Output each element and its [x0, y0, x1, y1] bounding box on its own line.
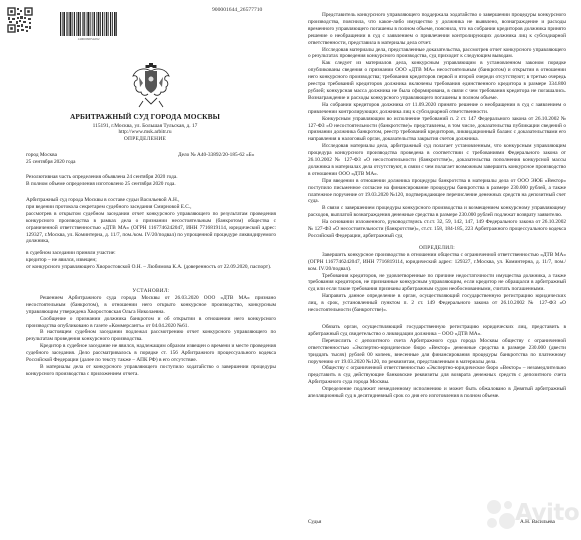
paragraph: Конкурсным управляющим во исполнение тре…: [308, 116, 566, 144]
paragraph: Исследовав материалы дела, арбитражный с…: [308, 143, 566, 178]
paragraph: Завершить конкурсное производство в отно…: [308, 252, 566, 273]
paragraph: Обязать орган, осуществляющий государств…: [308, 324, 566, 338]
paragraph: В материалы дела от конкурсного управляю…: [26, 364, 276, 378]
city: город Москва: [26, 152, 57, 159]
paragraph: В связи с завершением процедуры конкурсн…: [308, 205, 566, 219]
paragraph: В настоящем судебном заседании подлежал …: [26, 329, 276, 343]
paragraph: На основании изложенного, руководствуясь…: [308, 219, 566, 240]
watermark-text: Avito: [515, 500, 579, 526]
resolution-line: Резолютивная часть определения объявлена…: [26, 174, 266, 181]
section-heading: УСТАНОВИЛ:: [26, 288, 276, 295]
document-date: 25 сентября 2020 года: [26, 159, 76, 166]
participants: в судебном заседании приняли участие: кр…: [26, 250, 276, 271]
paragraph: Решением Арбитражного суда города Москвы…: [26, 295, 276, 316]
court-composition: Арбитражный суд города Москвы в составе …: [26, 197, 276, 245]
paragraph: кредитор – не явился, извещен;: [26, 257, 276, 264]
resolution-line: В полном объеме определения изготовлено …: [26, 181, 266, 188]
case-number: Дело № А40-33892/20-185-62 «Б»: [178, 152, 254, 159]
paragraph: При введении в отношении должника процед…: [308, 178, 566, 206]
paragraph: от конкурсного управляющего Хворостовско…: [26, 264, 276, 271]
page-left: 1400009054292 900001644_26577710 АРБИТРА…: [0, 0, 290, 540]
document-id: 900001644_26577710: [212, 7, 262, 13]
paragraph: Требования кредиторов, не удовлетворенны…: [308, 273, 566, 294]
paragraph: в судебном заседании приняли участие:: [26, 250, 276, 257]
paragraph: Представитель конкурсного управляющего п…: [308, 12, 566, 47]
qr-code-icon: [7, 7, 33, 33]
paragraph: рассмотрев в открытом судебном заседании…: [26, 211, 276, 246]
paragraph: Перечислить с депозитного счета Арбитраж…: [308, 338, 566, 366]
paragraph: Определение подлежит немедленному исполн…: [308, 386, 566, 400]
barcode-icon: [60, 12, 117, 36]
resolution-note: Резолютивная часть определения объявлена…: [26, 174, 266, 188]
paragraph: На собрании кредиторов должника от 11.09…: [308, 102, 566, 116]
paragraph: Направить данное определение в орган, ос…: [308, 293, 566, 314]
signature-label: Судья: [308, 519, 321, 526]
court-name: АРБИТРАЖНЫЙ СУД ГОРОДА МОСКВЫ: [0, 112, 290, 121]
document-type: ОПРЕДЕЛЕНИЕ: [0, 136, 290, 142]
paragraph: Исследовав материалы дела, представленны…: [308, 47, 566, 61]
paragraph: Как следует из материалов дела, конкурсн…: [308, 60, 566, 101]
coat-of-arms-icon: [130, 63, 172, 109]
section-heading: ОПРЕДЕЛИЛ:: [308, 245, 566, 252]
reasoning-and-ruling: Представитель конкурсного управляющего п…: [308, 12, 566, 400]
court-address-block: 115191, г.Москва, ул. Большая Тульская, …: [0, 123, 290, 135]
paragraph: при ведении протокола секретарем судебно…: [26, 204, 276, 211]
paragraph: Арбитражный суд города Москвы в составе …: [26, 197, 276, 204]
court-url[interactable]: http://www.msk.arbitr.ru: [0, 129, 290, 135]
established-section: УСТАНОВИЛ: Решением Арбитражного суда го…: [26, 288, 276, 378]
barcode-number: 1400009054292: [60, 37, 117, 41]
paragraph: Сообщение о признании должника банкротом…: [26, 316, 276, 330]
paragraph: Кредитор в судебное заседание не явился,…: [26, 343, 276, 364]
paragraph: Обществу с ограниченной ответственностью…: [308, 365, 566, 386]
